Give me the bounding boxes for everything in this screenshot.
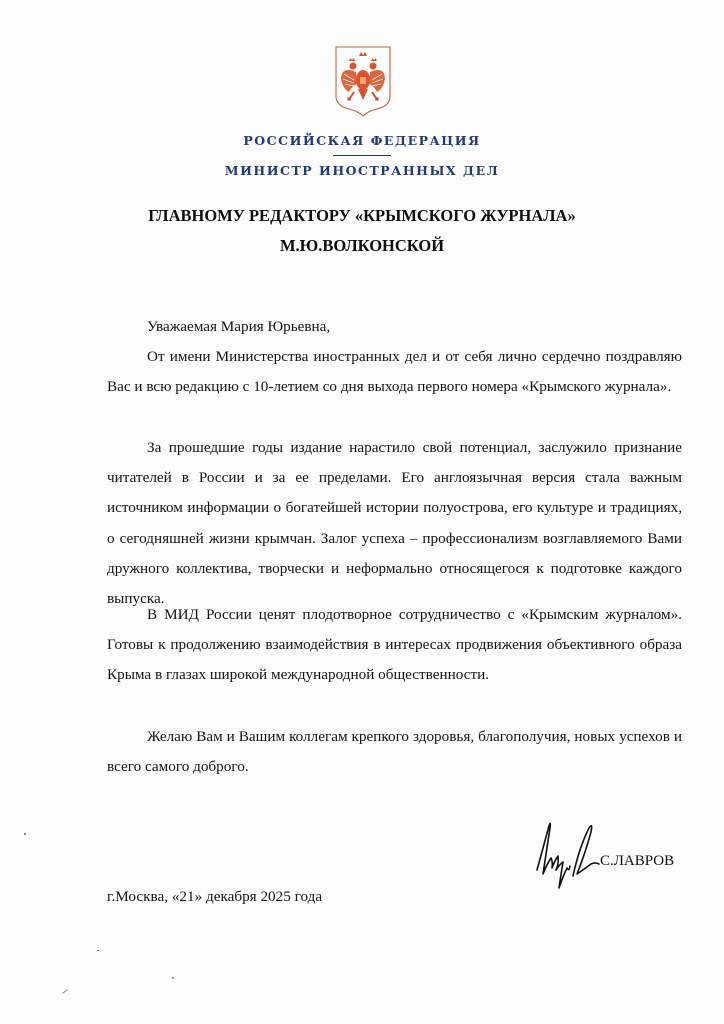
double-headed-eagle-icon — [332, 44, 394, 118]
letterhead-office: МИНИСТР ИНОСТРАННЫХ ДЕЛ — [0, 163, 724, 178]
scan-speck — [62, 989, 67, 993]
handwritten-signature — [533, 818, 603, 892]
addressee-title: ГЛАВНОМУ РЕДАКТОРУ «КРЫМСКОГО ЖУРНАЛА» — [0, 206, 724, 226]
signatory-name: С.ЛАВРОВ — [600, 853, 674, 870]
paragraph-text: От имени Министерства иностранных дел и … — [107, 342, 682, 402]
letterhead-divider — [333, 155, 391, 156]
paragraph-text: В МИД России ценят плодотворное сотрудни… — [107, 600, 682, 691]
letterhead-country: РОССИЙСКАЯ ФЕДЕРАЦИЯ — [0, 133, 724, 148]
scan-speck — [24, 833, 26, 835]
salutation-text: Уважаемая Мария Юрьевна, — [107, 312, 682, 342]
scan-speck — [172, 977, 175, 980]
paragraph-text: За прошедшие годы издание нарастило свой… — [107, 433, 682, 614]
addressee-name: М.Ю.ВОЛКОНСКОЙ — [0, 236, 724, 256]
scan-speck — [97, 950, 99, 951]
place-and-date: г.Москва, «21» декабря 2025 года — [107, 888, 322, 906]
signature-icon — [533, 818, 603, 892]
paragraph-text: Желаю Вам и Вашим коллегам крепкого здор… — [107, 722, 682, 782]
paragraph-1: От имени Министерства иностранных дел и … — [107, 342, 682, 402]
salutation: Уважаемая Мария Юрьевна, — [107, 312, 682, 342]
paragraph-4: Желаю Вам и Вашим коллегам крепкого здор… — [107, 722, 682, 782]
paragraph-2: За прошедшие годы издание нарастило свой… — [107, 433, 682, 614]
paragraph-3: В МИД России ценят плодотворное сотрудни… — [107, 600, 682, 691]
coat-of-arms-emblem — [332, 44, 394, 118]
